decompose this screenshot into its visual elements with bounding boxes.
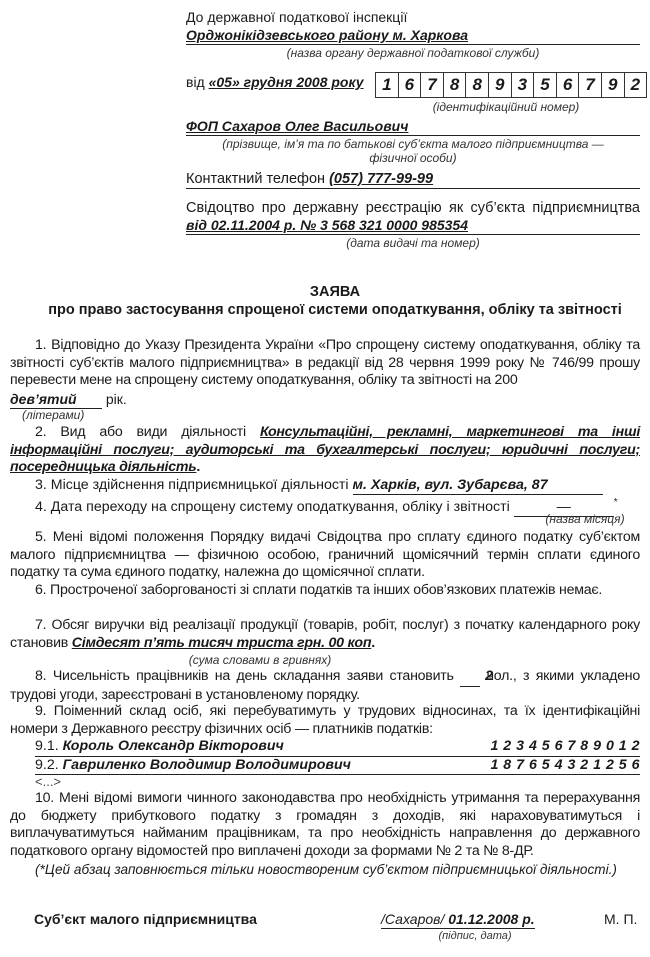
employees-count-label: 8. Чисельність працівників на день склад… — [35, 668, 454, 684]
employee-list: 9.1. Король Олександр Вікторович1 2 3 4 … — [35, 738, 640, 775]
certificate-value: від 02.11.2004 р. № 3 568 321 0000 98535… — [186, 217, 468, 233]
tax-office-value: Орджонікідзевського району м. Харкова — [186, 27, 468, 43]
date-prefix: від — [186, 74, 205, 90]
paragraph-10: 10. Мені відомі вимоги чинного законодав… — [10, 790, 640, 860]
paragraph-8: 8. Чисельність працівників на день склад… — [10, 668, 640, 704]
month-caption: (назва місяця) — [530, 512, 640, 526]
phone-label: Контактний телефон — [186, 171, 325, 187]
id-digit-cell[interactable]: 7 — [421, 73, 444, 97]
ellipsis: <...> — [35, 773, 61, 790]
paragraph-7: 7. Обсяг виручки від реалізації продукці… — [10, 617, 640, 652]
year-suffix: рік. — [106, 391, 127, 407]
paragraph-1-year-line: дев’ятий рік. — [10, 391, 127, 409]
applicant-caption-line2: фізичної особи) — [186, 151, 640, 165]
phone-field[interactable]: Контактний телефон (057) 777-99-99 — [186, 171, 640, 189]
applicant-name-value: ФОП Сахаров Олег Васильович — [186, 118, 408, 134]
signature-date: 01.12.2008 р. — [448, 911, 534, 927]
id-digit-cell[interactable]: 1 — [376, 73, 399, 97]
applicant-caption-line1: (прізвище, ім’я та по батькові суб’єкта … — [186, 137, 640, 151]
year-caption: (літерами) — [22, 408, 84, 422]
id-digit-cell[interactable]: 9 — [602, 73, 625, 97]
id-number-boxes[interactable]: 167889356792 — [375, 72, 647, 98]
document-subtitle: про право застосування спрощеної системи… — [10, 302, 650, 318]
location-value[interactable]: м. Харків, вул. Зубарєва, 87 — [353, 477, 603, 495]
revenue-caption: (сума словами в гривнях) — [170, 653, 350, 667]
footnote-mark: * — [614, 497, 618, 508]
paragraph-6: 6. Простроченої заборгованості зі сплати… — [10, 582, 640, 600]
employee-number: 9.2. — [35, 757, 59, 773]
certificate-field[interactable]: від 02.11.2004 р. № 3 568 321 0000 98535… — [186, 217, 640, 235]
revenue-value[interactable]: Сімдесят п’ять тисяч триста грн. 00 коп — [72, 635, 371, 651]
employee-entry: 9.1. Король Олександр Вікторович — [35, 738, 284, 756]
date-value[interactable]: «05» грудня 2008 року — [209, 74, 364, 90]
employees-count-value[interactable]: 2 — [460, 668, 480, 687]
employee-id[interactable]: 1 2 3 4 5 6 7 8 9 0 1 2 — [490, 738, 640, 756]
tax-office-caption: (назва органу державної податкової служб… — [186, 46, 640, 60]
footnote: (*Цей абзац заповнюється тільки новоство… — [35, 861, 617, 878]
paragraph-5: 5. Мені відомі положення Порядку видачі … — [10, 529, 640, 582]
employee-row: 9.1. Король Олександр Вікторович1 2 3 4 … — [35, 738, 640, 757]
certificate-label: Свідоцтво про державну реєстрацію як суб… — [186, 200, 640, 217]
id-digit-cell[interactable]: 3 — [512, 73, 535, 97]
employee-name[interactable]: Король Олександр Вікторович — [63, 738, 284, 754]
document-title: ЗАЯВА — [10, 284, 650, 300]
employee-number: 9.1. — [35, 738, 59, 754]
id-digit-cell[interactable]: 9 — [489, 73, 512, 97]
id-digit-cell[interactable]: 2 — [625, 73, 647, 97]
phone-value: (057) 777-99-99 — [329, 171, 433, 187]
certificate-caption: (дата видачі та номер) — [186, 236, 640, 250]
applicant-caption: (прізвище, ім’я та по батькові суб’єкта … — [186, 137, 640, 165]
id-caption: (ідентифікаційний номер) — [375, 100, 637, 114]
paragraph-3: 3. Місце здійснення підприємницької діял… — [10, 477, 640, 495]
date-line: від «05» грудня 2008 року — [186, 74, 364, 91]
paragraph-1: 1. Відповідно до Указу Президента Україн… — [10, 337, 640, 390]
addressee-label: До державної податкової інспекції — [186, 9, 407, 26]
year-value[interactable]: дев’ятий — [10, 391, 102, 409]
id-digit-cell[interactable]: 6 — [399, 73, 422, 97]
activities-label: 2. Вид або види діяльності — [35, 424, 246, 440]
id-digit-cell[interactable]: 5 — [534, 73, 557, 97]
tax-office-field[interactable]: Орджонікідзевського району м. Харкова — [186, 27, 640, 45]
paragraph-2: 2. Вид або види діяльності Консультаційн… — [10, 424, 640, 477]
id-digit-cell[interactable]: 7 — [579, 73, 602, 97]
signature-field[interactable]: /Сахаров/ 01.12.2008 р. — [381, 911, 535, 929]
employee-entry: 9.2. Гавриленко Володимир Володимирович — [35, 757, 351, 775]
signature-caption: (підпис, дата) — [420, 929, 530, 943]
stamp-placeholder: М. П. — [604, 911, 637, 928]
employee-id[interactable]: 1 8 7 6 5 4 3 2 1 2 5 6 — [490, 757, 640, 775]
id-digit-cell[interactable]: 6 — [557, 73, 580, 97]
transition-date-label: 4. Дата переходу на спрощену систему опо… — [10, 499, 510, 515]
employee-row: 9.2. Гавриленко Володимир Володимирович1… — [35, 757, 640, 776]
paragraph-9: 9. Поіменний склад осіб, які перебуватим… — [10, 703, 640, 738]
signature-value: /Сахаров/ — [381, 911, 444, 927]
id-digit-cell[interactable]: 8 — [466, 73, 489, 97]
id-digit-cell[interactable]: 8 — [444, 73, 467, 97]
employee-name[interactable]: Гавриленко Володимир Володимирович — [63, 757, 351, 773]
signature-label: Суб’єкт малого підприємництва — [34, 911, 257, 928]
location-label: 3. Місце здійснення підприємницької діял… — [10, 477, 349, 493]
applicant-name-field[interactable]: ФОП Сахаров Олег Васильович — [186, 118, 640, 136]
